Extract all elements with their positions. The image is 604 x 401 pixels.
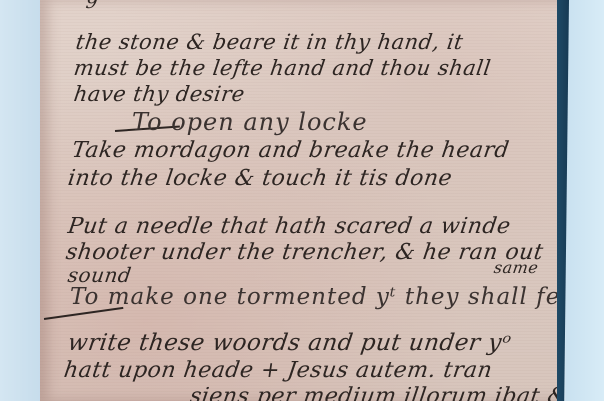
recipe-heading-tormented: To make one tormented yᵗ they shall fele… <box>70 284 604 310</box>
manuscript-line-5: Take mordagon and breake the heard <box>70 138 511 163</box>
manuscript-line-3: have thy desire <box>72 82 246 106</box>
manuscript-line-6: into the locke & touch it tis done <box>66 166 454 191</box>
page-mark: 9 <box>85 0 100 13</box>
manuscript-page: 9 the stone & beare it in thy hand, it m… <box>40 0 568 401</box>
manuscript-line-13: hatt upon heade + Jesus autem. tran <box>62 358 494 383</box>
recipe-heading-open-lock: To open any locke <box>132 108 368 136</box>
margin-insertion: same <box>493 258 540 277</box>
background-right <box>566 0 604 401</box>
manuscript-line-1: the stone & beare it in thy hand, it <box>74 30 465 54</box>
manuscript-line-8: shooter under the trencher, & he ran out <box>64 240 545 265</box>
manuscript-line-7: Put a needle that hath scared a winde <box>66 214 512 239</box>
manuscript-line-12: write these woords and put under yᵒ <box>66 330 513 356</box>
background-left <box>0 0 42 401</box>
manuscript-line-14: siens per medium illorum ibat & ns nec <box>188 384 604 401</box>
manuscript-line-2: must be the lefte hand and thou shall <box>72 56 492 80</box>
